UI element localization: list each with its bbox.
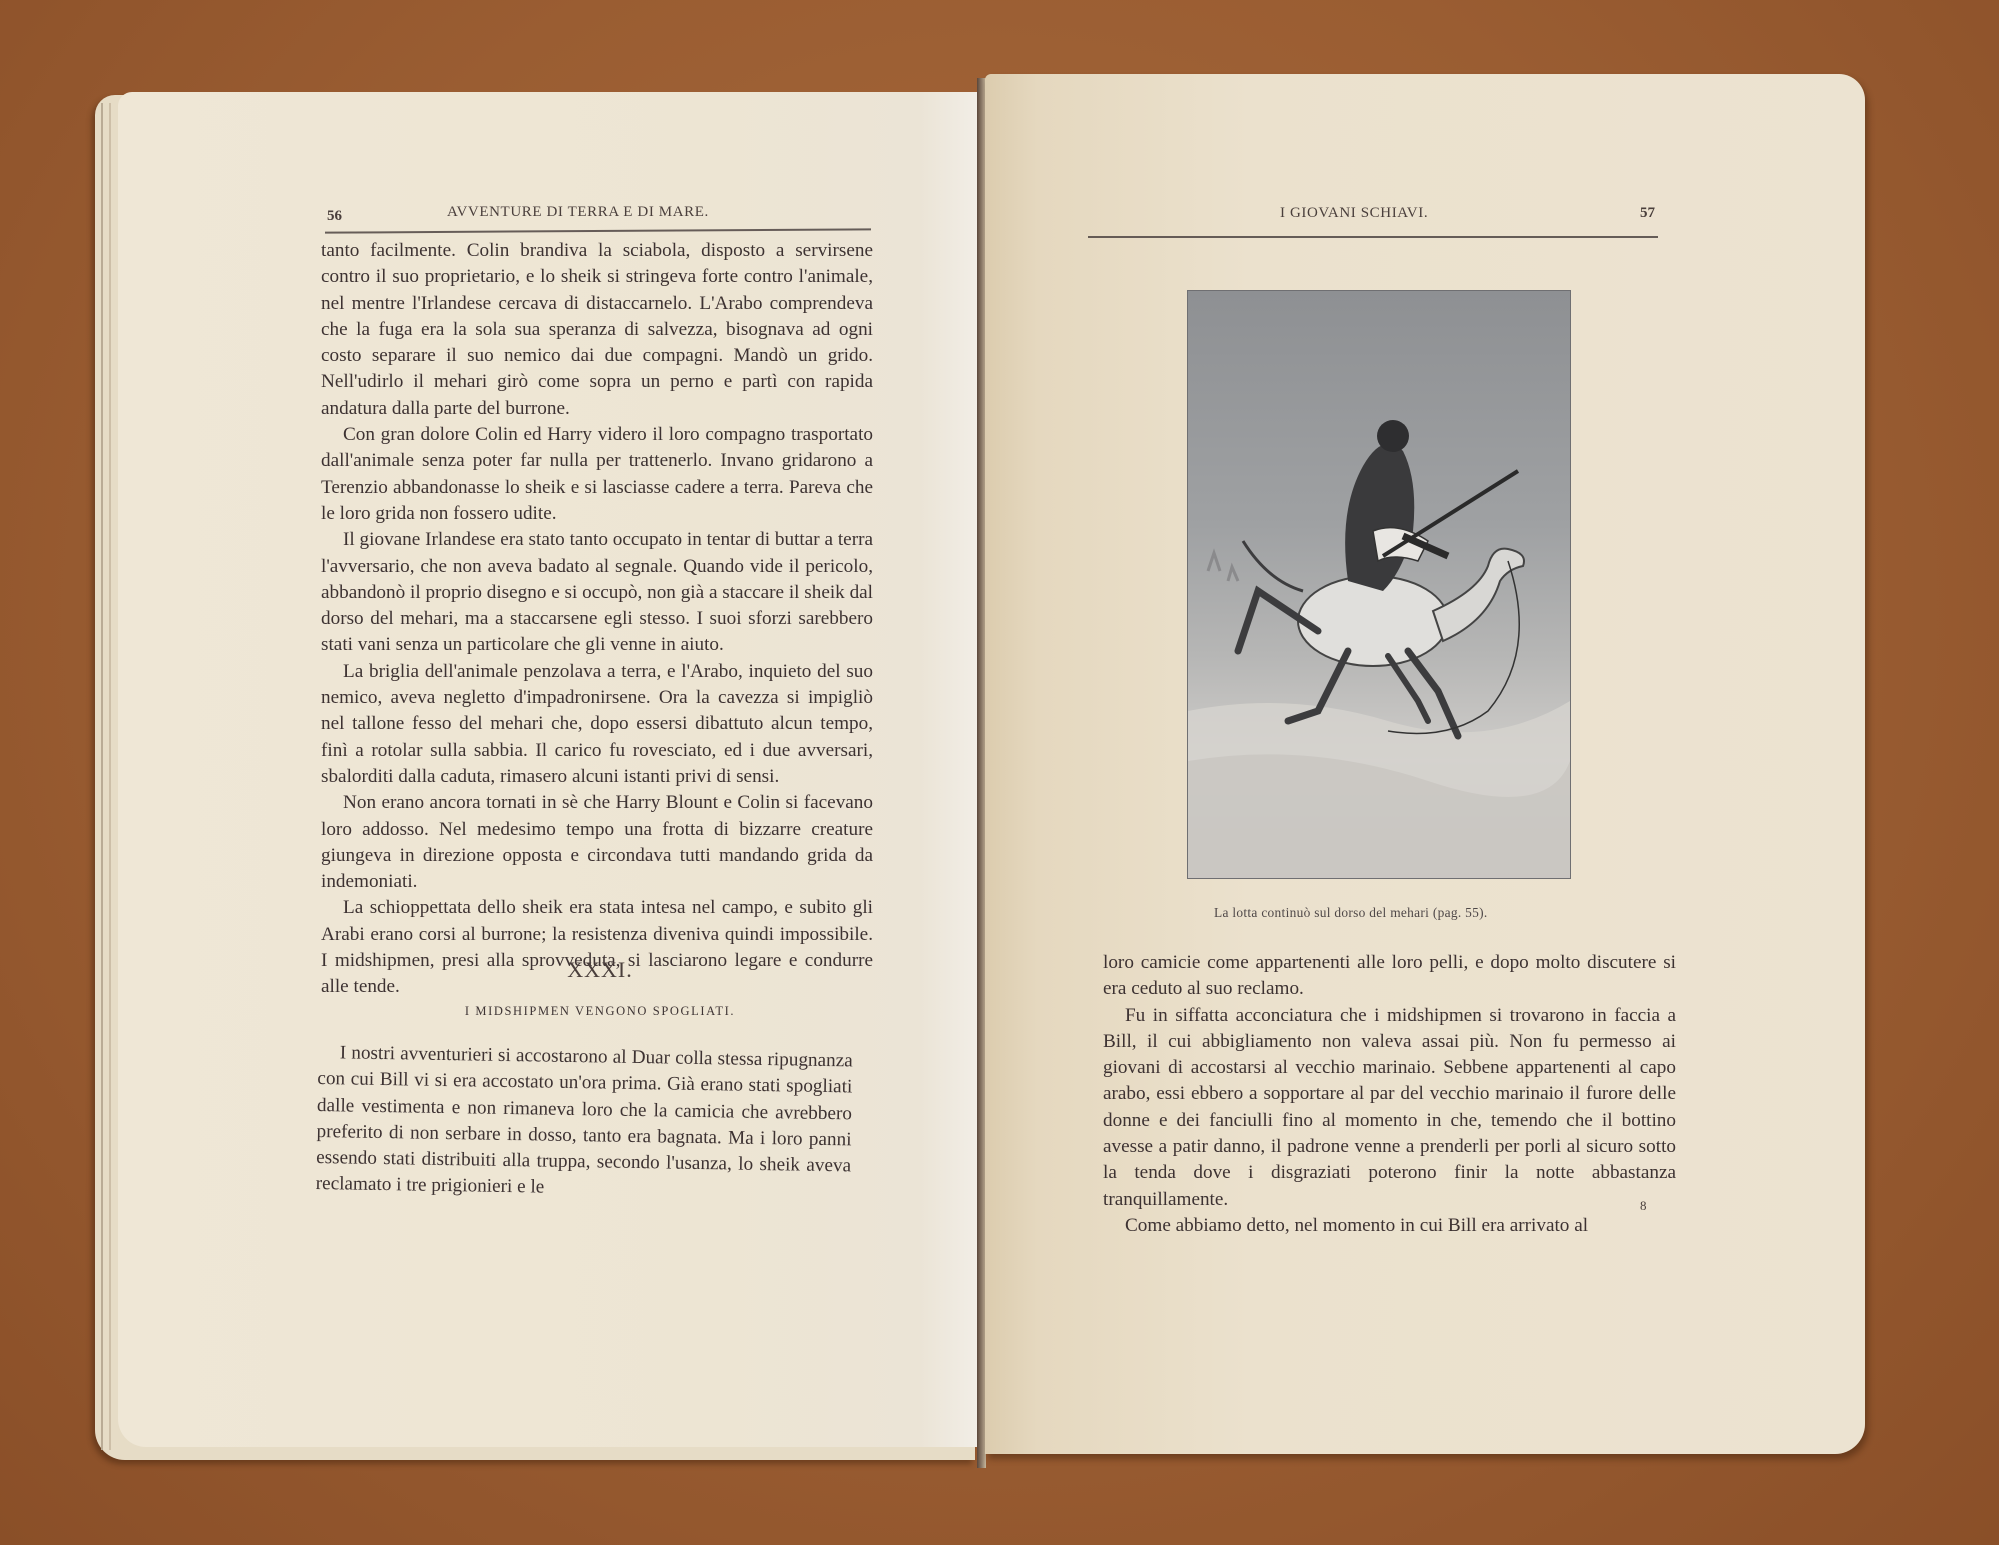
chapter-number: XXXI. xyxy=(520,957,680,983)
paragraph: Non erano ancora tornati in sè che Harry… xyxy=(321,790,873,895)
paragraph: La briglia dell'animale penzolava a terr… xyxy=(321,659,873,790)
chapter-title: I MIDSHIPMEN VENGONO SPOGLIATI. xyxy=(380,1004,820,1019)
paragraph: Il giovane Irlandese era stato tanto occ… xyxy=(321,527,873,658)
paragraph: Fu in siffatta acconciatura che i midshi… xyxy=(1103,1003,1676,1213)
chapter-body-text: I nostri avventurieri si accostarono al … xyxy=(316,1040,853,1206)
left-page-number: 56 xyxy=(327,208,342,225)
paragraph: Come abbiamo detto, nel momento in cui B… xyxy=(1103,1213,1676,1239)
engraving-illustration xyxy=(1187,290,1571,879)
printer-signature-mark: 8 xyxy=(1640,1198,1647,1214)
right-running-head: I GIOVANI SCHIAVI. xyxy=(1280,205,1428,222)
paragraph: loro camicie come appartenenti alle loro… xyxy=(1103,950,1676,1003)
paragraph: Con gran dolore Colin ed Harry videro il… xyxy=(321,422,873,527)
right-page-number: 57 xyxy=(1640,205,1655,222)
right-body-text: loro camicie come appartenenti alle loro… xyxy=(1103,950,1676,1239)
illustration-caption: La lotta continuò sul dorso del mehari (… xyxy=(1214,905,1488,921)
paragraph: La schioppettata dello sheik era stata i… xyxy=(321,895,873,1000)
left-body-text: tanto facilmente. Colin brandiva la scia… xyxy=(321,238,873,1001)
open-book: 56 AVVENTURE DI TERRA E DI MARE. tanto f… xyxy=(0,0,1999,1545)
camel-rider-engraving-icon xyxy=(1188,291,1570,878)
right-header-rule xyxy=(1088,236,1658,238)
paragraph: tanto facilmente. Colin brandiva la scia… xyxy=(321,238,873,422)
left-running-head: AVVENTURE DI TERRA E DI MARE. xyxy=(447,204,709,221)
paragraph: I nostri avventurieri si accostarono al … xyxy=(316,1040,853,1206)
